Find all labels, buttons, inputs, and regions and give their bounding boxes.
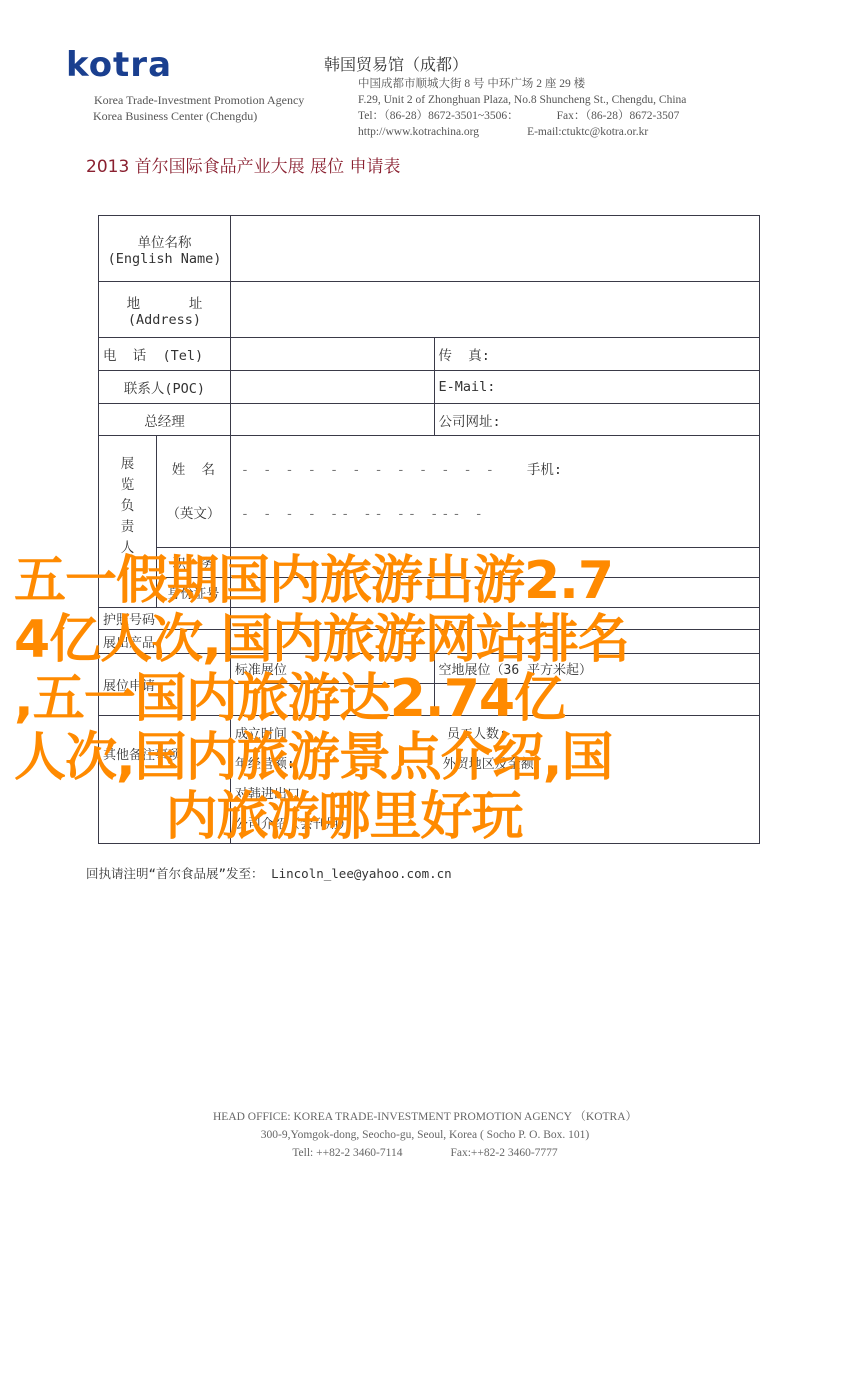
gm-label: 总经理 bbox=[99, 404, 231, 436]
gm-field[interactable] bbox=[230, 404, 434, 436]
overlay-line-3: ,五一国内旅游达2.74亿 bbox=[14, 670, 844, 729]
head-office-line-2: 300-9,Yomgok-dong, Seocho-gu, Seoul, Kor… bbox=[0, 1126, 850, 1144]
reply-instructions: 回执请注明“首尔食品展”发至： Lincoln_lee@yahoo.com.cn bbox=[86, 864, 452, 882]
kotra-logo: kotra bbox=[66, 48, 172, 82]
address-cn: 中国成都市顺城大街 8 号 中环广场 2 座 29 楼 bbox=[358, 76, 686, 92]
head-office-info: HEAD OFFICE: KOREA TRADE-INVESTMENT PROM… bbox=[0, 1108, 850, 1162]
row-gm: 总经理 公司网址: bbox=[99, 404, 760, 436]
name-field[interactable]: - - - - - - - - - - - -手机: - - - - -- --… bbox=[230, 436, 759, 548]
tel: Tel：（86-28）8672-3501~3506： bbox=[358, 108, 519, 124]
office-name-cn: 韩国贸易馆（成都） bbox=[324, 52, 468, 75]
head-office-fax: Fax:++82-2 3460-7777 bbox=[450, 1147, 557, 1159]
address-field[interactable] bbox=[230, 282, 759, 338]
fax: Fax：（86-28）8672-3507 bbox=[557, 108, 680, 124]
mobile-label: 手机: bbox=[527, 462, 562, 478]
overlay-line-5: 内旅游哪里好玩 bbox=[14, 788, 844, 847]
headline-overlay: 五一假期国内旅游出游2.7 4亿人次,国内旅游网站排名 ,五一国内旅游达2.74… bbox=[14, 552, 844, 847]
email-label: E-Mail: bbox=[439, 379, 496, 395]
name-dash: - - - - - - - - - - - - bbox=[241, 462, 497, 478]
overlay-line-4: 人次,国内旅游景点介绍,国 bbox=[14, 729, 844, 788]
form-title: 2013 首尔国际食品产业大展 展位 申请表 bbox=[86, 152, 400, 177]
tel-field[interactable] bbox=[230, 338, 434, 371]
fax-field[interactable]: 传 真: bbox=[434, 338, 759, 371]
row-company-name: 单位名称 (English Name) bbox=[99, 216, 760, 282]
agency-line-1: Korea Trade-Investment Promotion Agency bbox=[94, 92, 304, 108]
poc-field[interactable] bbox=[230, 371, 434, 404]
name-label: 姓 名 （英文） bbox=[156, 436, 230, 548]
company-name-label: 单位名称 (English Name) bbox=[99, 216, 231, 282]
company-name-field[interactable] bbox=[230, 216, 759, 282]
website-label: 公司网址: bbox=[439, 414, 501, 430]
website-field[interactable]: 公司网址: bbox=[434, 404, 759, 436]
name-en-dash: - - - - -- -- -- --- - bbox=[241, 492, 755, 536]
row-poc: 联系人(POC) E-Mail: bbox=[99, 371, 760, 404]
overlay-line-2: 4亿人次,国内旅游网站排名 bbox=[14, 611, 844, 670]
office-contact: 中国成都市顺城大街 8 号 中环广场 2 座 29 楼 F.29, Unit 2… bbox=[358, 76, 686, 140]
row-tel: 电 话 (Tel) 传 真: bbox=[99, 338, 760, 371]
head-office-contact: Tell: ++82-2 3460-7114Fax:++82-2 3460-77… bbox=[0, 1144, 850, 1162]
fax-label: 传 真: bbox=[439, 348, 490, 364]
address-label: 地 址 (Address) bbox=[99, 282, 231, 338]
website-link[interactable]: http://www.kotrachina.org bbox=[358, 124, 479, 140]
email-field[interactable]: E-Mail: bbox=[434, 371, 759, 404]
overlay-line-1: 五一假期国内旅游出游2.7 bbox=[14, 552, 844, 611]
tel-label: 电 话 (Tel) bbox=[99, 338, 231, 371]
agency-line-2: Korea Business Center (Chengdu) bbox=[93, 108, 304, 124]
email-link[interactable]: E-mail:ctuktc@kotra.or.kr bbox=[527, 124, 648, 140]
row-name: 展 览 负 责 人 姓 名 （英文） - - - - - - - - - - -… bbox=[99, 436, 760, 548]
head-office-tel: Tell: ++82-2 3460-7114 bbox=[292, 1147, 402, 1159]
poc-label: 联系人(POC) bbox=[99, 371, 231, 404]
address-en: F.29, Unit 2 of Zhonghuan Plaza, No.8 Sh… bbox=[358, 92, 686, 108]
agency-name: Korea Trade-Investment Promotion Agency … bbox=[94, 92, 304, 124]
row-address: 地 址 (Address) bbox=[99, 282, 760, 338]
head-office-line-1: HEAD OFFICE: KOREA TRADE-INVESTMENT PROM… bbox=[0, 1108, 850, 1126]
